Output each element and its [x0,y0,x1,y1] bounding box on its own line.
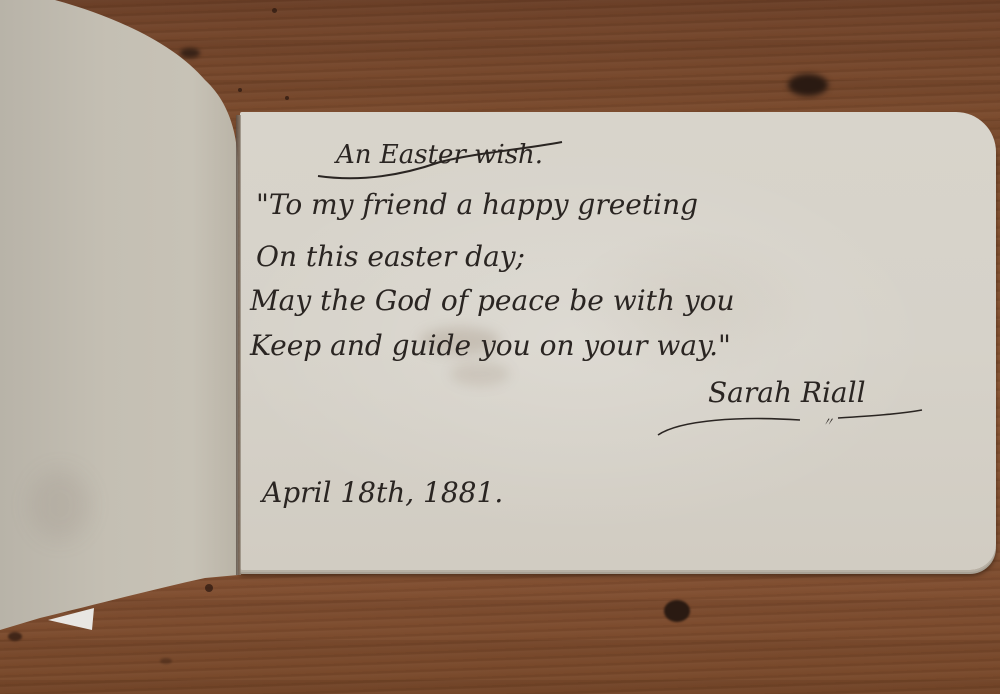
inscription-title: An Easter wish. [334,140,543,170]
signature-flourish-right [838,410,922,418]
ditto-mark: 〃 [822,415,834,429]
signature-flourish-left [658,419,800,435]
photo-scene: An Easter wish. "To my friend a happy gr… [0,0,1000,694]
verse-line-3: May the God of peace be with you [249,284,735,317]
signature: Sarah Riall [708,376,866,409]
inscription-date: April 18th, 1881. [259,476,503,509]
verse-line-4: Keep and guide you on your way." [249,329,731,362]
verse-line-1: "To my friend a happy greeting [256,188,698,221]
handwriting: An Easter wish. "To my friend a happy gr… [0,0,1000,694]
verse-line-2: On this easter day; [256,240,525,273]
